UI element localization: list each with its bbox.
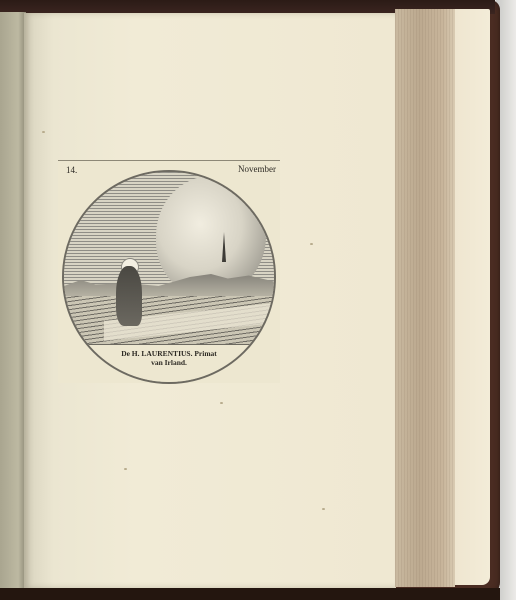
caption-line-2: van Irland.	[64, 358, 274, 367]
medallion-caption: De H. LAURENTIUS. Primat van Irland.	[64, 349, 274, 367]
photo-scene: 14. November De H. LAURENTIUS. Primat va…	[0, 0, 516, 600]
bottom-shadow	[0, 588, 500, 600]
paper-speck	[220, 402, 223, 404]
kneeling-saint-figure	[116, 266, 142, 326]
caption-line-1: De H. LAURENTIUS. Primat	[64, 349, 274, 358]
circular-medallion: De H. LAURENTIUS. Primat van Irland.	[62, 170, 276, 384]
page-block-fore-edge	[395, 9, 455, 587]
endpaper	[455, 9, 490, 585]
paper-speck	[310, 243, 313, 245]
paper-speck	[322, 508, 325, 510]
paper-speck	[42, 131, 45, 133]
gutter-left-page	[0, 12, 26, 588]
engraving-plate: 14. November De H. LAURENTIUS. Primat va…	[58, 160, 280, 383]
paper-speck	[124, 468, 127, 470]
